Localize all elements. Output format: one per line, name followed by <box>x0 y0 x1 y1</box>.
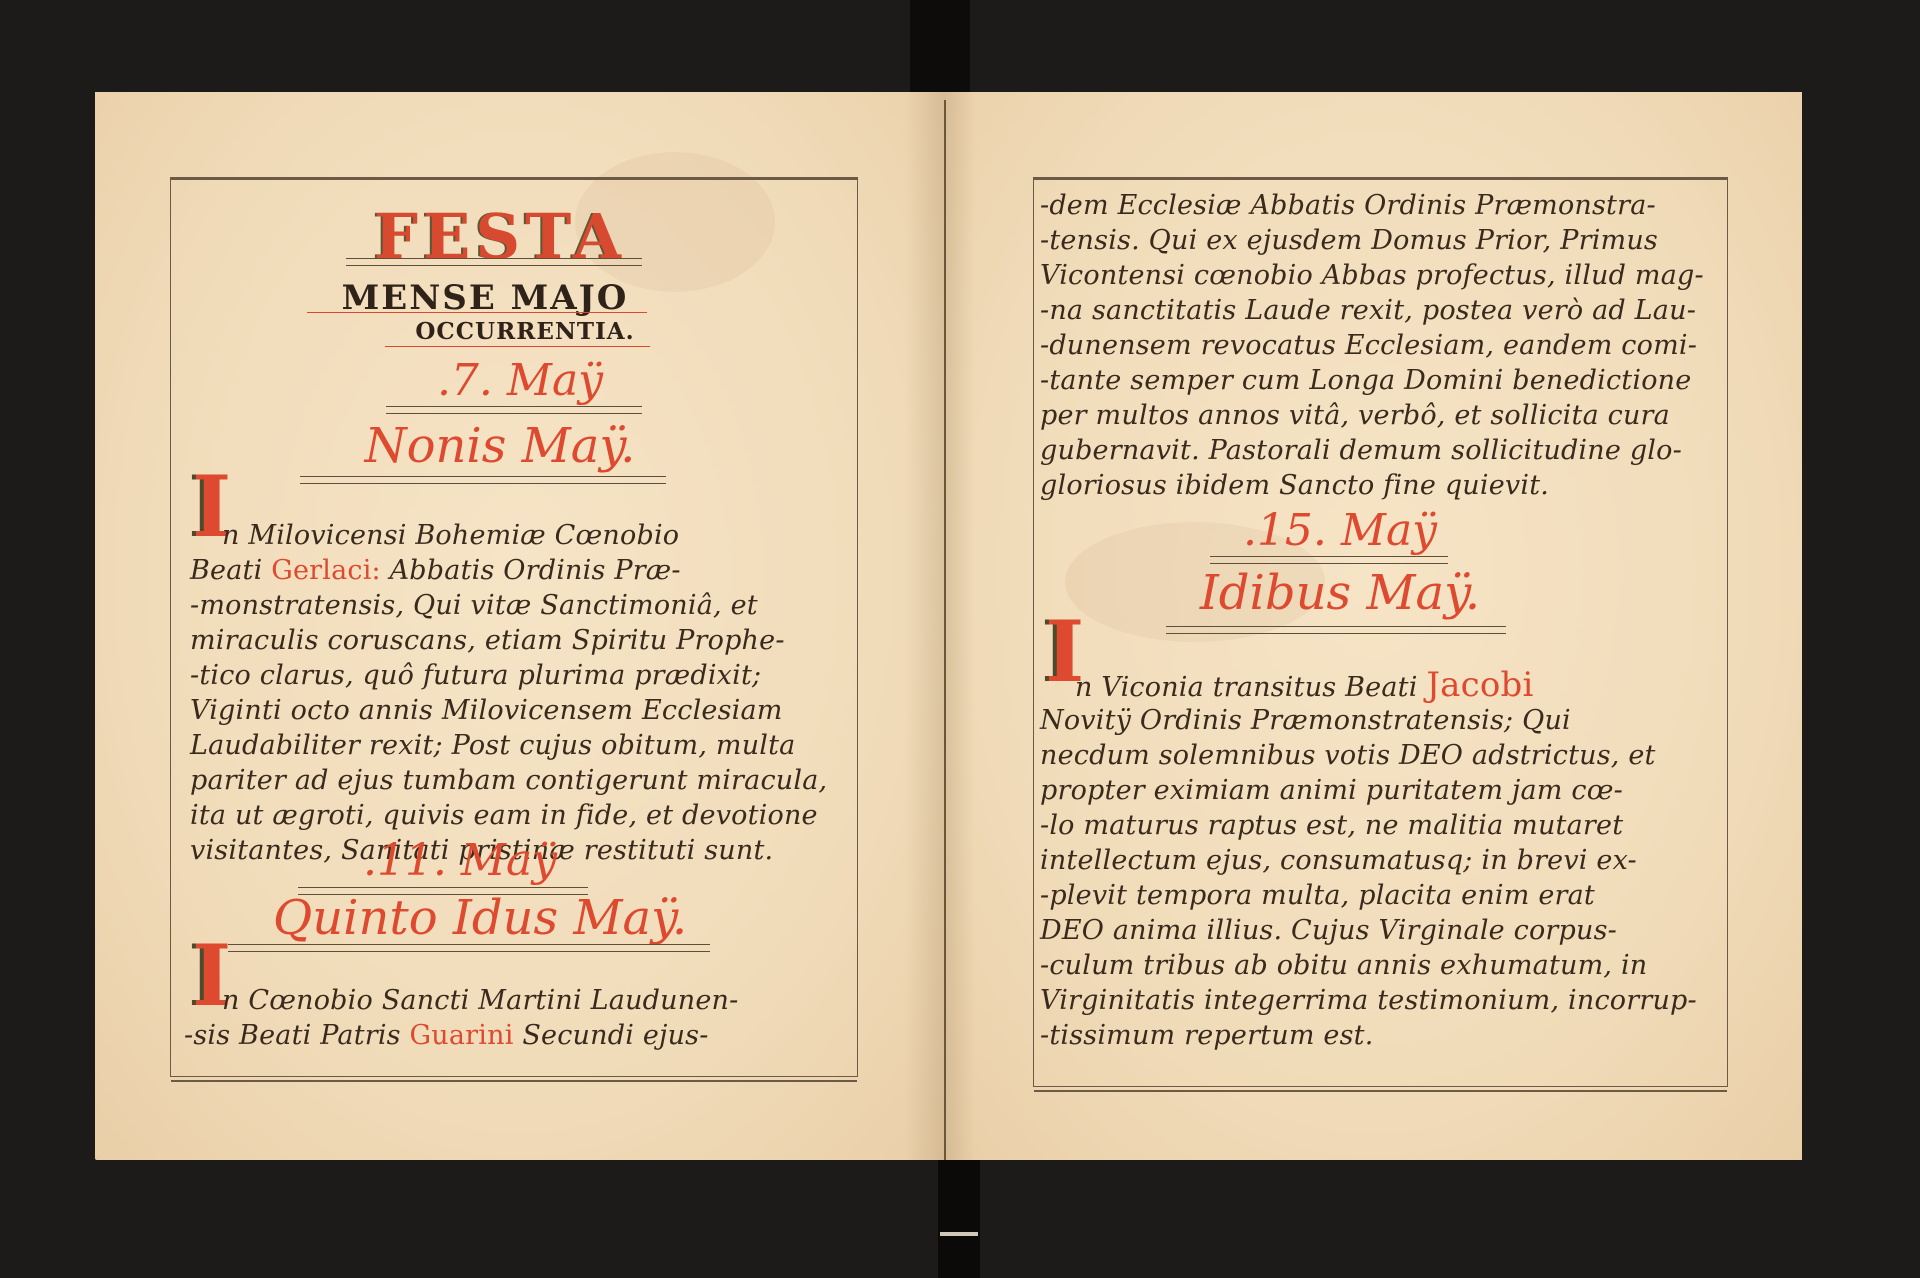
page-subtitle-2: OCCURRENTIA. <box>380 318 670 345</box>
text-line: n Cœnobio Sancti Martini Laudunen- <box>222 983 738 1018</box>
text-line: pariter ad ejus tumbam contigerunt mirac… <box>190 763 827 798</box>
text-line: DEO anima illius. Cujus Virginale corpus… <box>1040 913 1697 948</box>
text-fragment: -sis Beati Patris <box>184 1020 410 1051</box>
text-line: intellectum ejus, consumatusq; in brevi … <box>1040 843 1697 878</box>
text-fragment: n Viconia transitus Beati <box>1075 672 1426 703</box>
text-line: -dem Ecclesiæ Abbatis Ordinis Præmonstra… <box>1040 188 1704 223</box>
saint-name: Gerlaci: <box>271 555 381 586</box>
text-line: propter eximiam animi puritatem jam cœ- <box>1040 773 1697 808</box>
text-line: miraculis coruscans, etiam Spiritu Proph… <box>190 623 827 658</box>
text-line: -tensis. Qui ex ejusdem Domus Prior, Pri… <box>1040 223 1704 258</box>
text-line: -plevit tempora multa, placita enim erat <box>1040 878 1697 913</box>
roman-date-underline <box>300 476 666 484</box>
text-fragment: Secundi ejus- <box>514 1020 709 1051</box>
date-underline <box>1210 556 1448 564</box>
entry-roman-date: Nonis Maÿ. <box>290 418 710 474</box>
text-line: Virginitatis integerrima testimonium, in… <box>1040 983 1697 1018</box>
entry-body: n Viconia transitus Beati Jacobi <box>1075 668 1534 705</box>
text-line: -lo maturus raptus est, ne malitia mutar… <box>1040 808 1697 843</box>
text-line: -tante semper cum Longa Domini benedicti… <box>1040 363 1704 398</box>
binding-tab <box>940 1232 978 1236</box>
continuation-text: -dem Ecclesiæ Abbatis Ordinis Præmonstra… <box>1040 188 1704 503</box>
roman-date-underline <box>228 944 710 952</box>
text-line: gloriosus ibidem Sancto fine quievit. <box>1040 468 1704 503</box>
text-line: Novitÿ Ordinis Præmonstratensis; Qui <box>1040 703 1697 738</box>
entry-body: Novitÿ Ordinis Præmonstratensis; Qui nec… <box>1040 703 1697 1053</box>
entry-body: n Milovicensi Bohemiæ Cœnobio <box>222 518 679 553</box>
text-fragment: Beati <box>190 555 271 586</box>
text-line: Viginti octo annis Milovicensem Ecclesia… <box>190 693 827 728</box>
entry-date: .11. Maÿ <box>320 835 600 886</box>
date-underline <box>386 406 642 414</box>
text-line: Laudabiliter rexit; Post cujus obitum, m… <box>190 728 827 763</box>
subtitle-underline <box>307 312 647 315</box>
text-line: ita ut ægroti, quivis eam in fide, et de… <box>190 798 827 833</box>
entry-roman-date: Idibus Maÿ. <box>1150 565 1530 621</box>
text-line: -tico clarus, quô futura plurima prædixi… <box>190 658 827 693</box>
entry-body: Beati Gerlaci: Abbatis Ordinis Præ- -mon… <box>190 553 827 868</box>
entry-body: -sis Beati Patris Guarini Secundi ejus- <box>184 1018 709 1053</box>
text-line: necdum solemnibus votis DEO adstrictus, … <box>1040 738 1697 773</box>
text-line: -tissimum repertum est. <box>1040 1018 1697 1053</box>
title-underline <box>346 258 642 266</box>
binding-strip-top <box>910 0 970 100</box>
text-line: Beati Gerlaci: Abbatis Ordinis Præ- <box>190 553 827 588</box>
entry-roman-date: Quinto Idus Maÿ. <box>230 890 730 946</box>
text-line: -na sanctitatis Laude rexit, postea verò… <box>1040 293 1704 328</box>
entry-date: .15. Maÿ <box>1210 505 1470 556</box>
text-line: -culum tribus ab obitu annis exhumatum, … <box>1040 948 1697 983</box>
text-line: n Viconia transitus Beati Jacobi <box>1075 668 1534 705</box>
entry-body: n Cœnobio Sancti Martini Laudunen- <box>222 983 738 1018</box>
text-line: n Milovicensi Bohemiæ Cœnobio <box>222 518 679 553</box>
saint-name: Jacobi <box>1426 665 1533 705</box>
text-fragment: Abbatis Ordinis Præ- <box>381 555 681 586</box>
text-line: Vicontensi cœnobio Abbas profectus, illu… <box>1040 258 1704 293</box>
text-line: -dunensem revocatus Ecclesiam, eandem co… <box>1040 328 1704 363</box>
saint-name: Guarini <box>410 1020 514 1051</box>
entry-date: .7. Maÿ <box>380 355 660 406</box>
text-line: -monstratensis, Qui vitæ Sanctimoniâ, et <box>190 588 827 623</box>
text-line: per multos annos vitâ, verbô, et sollici… <box>1040 398 1704 433</box>
book-gutter <box>944 100 946 1160</box>
text-line: gubernavit. Pastorali demum sollicitudin… <box>1040 433 1704 468</box>
binding-strip-bottom <box>938 1150 980 1278</box>
roman-date-underline <box>1166 626 1506 634</box>
text-line: -sis Beati Patris Guarini Secundi ejus- <box>184 1018 709 1053</box>
subtitle-2-underline <box>385 346 650 349</box>
